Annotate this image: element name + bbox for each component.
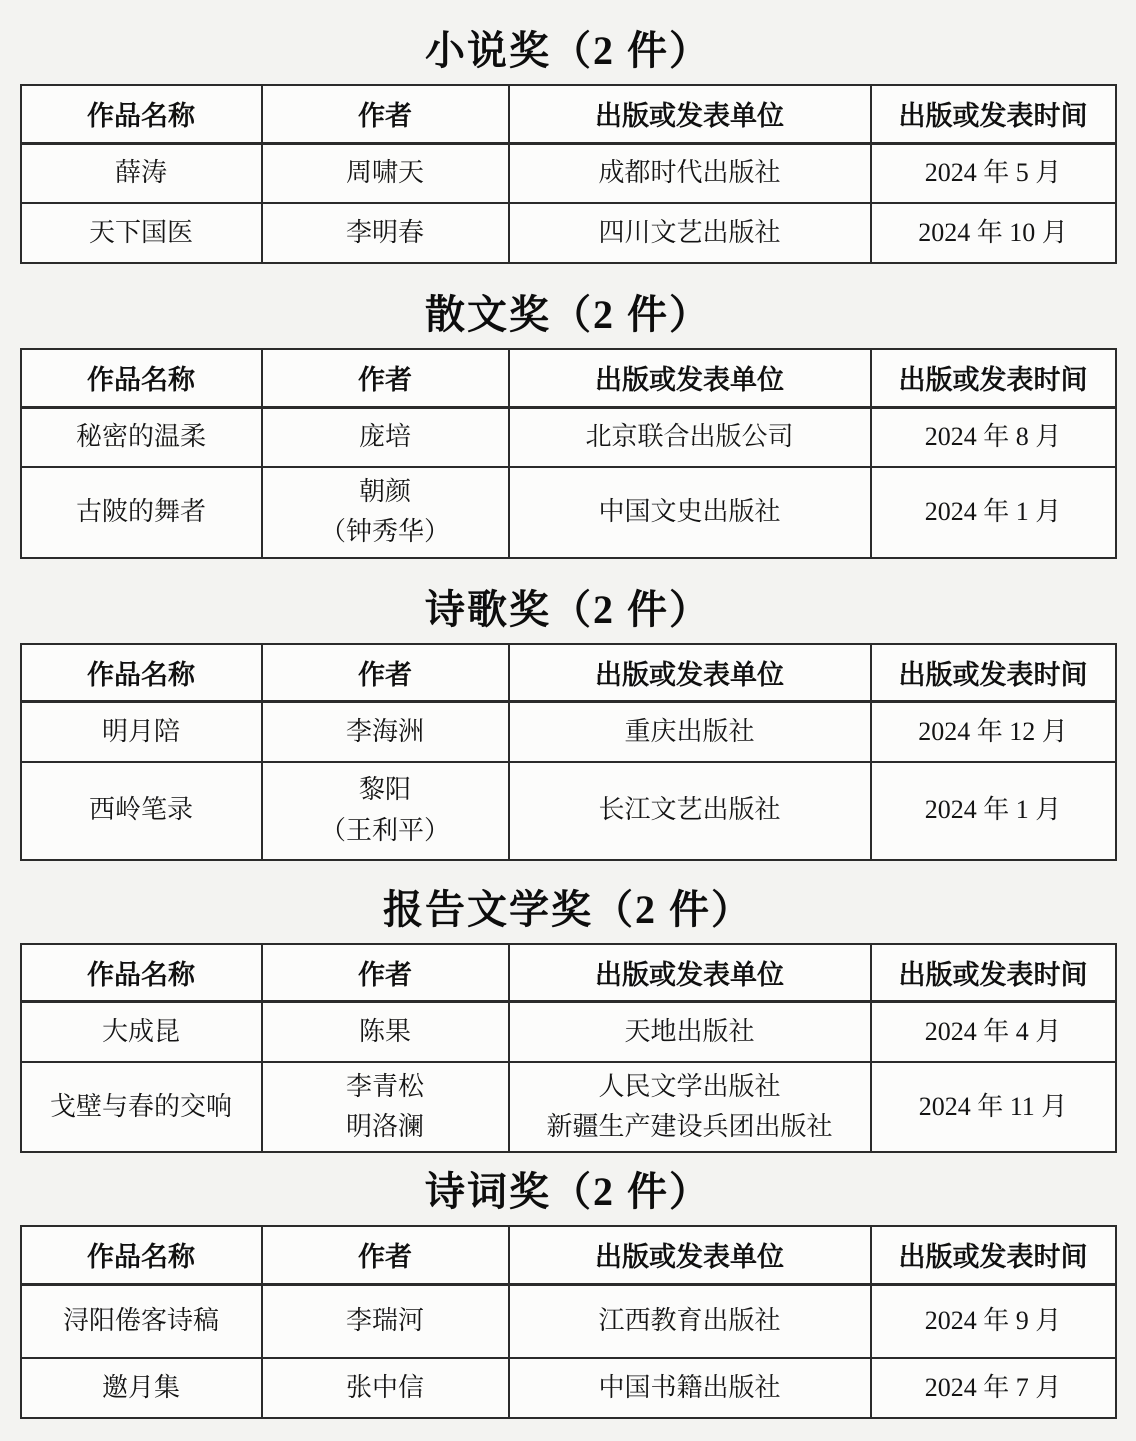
table-row: 古陂的舞者 朝颜 （钟秀华） 中国文史出版社 2024 年 1 月: [21, 467, 1116, 558]
cell-work-title: 西岭笔录: [21, 762, 262, 860]
table-row: 戈壁与春的交响 李青松 明洛澜 人民文学出版社 新疆生产建设兵团出版社 2024…: [21, 1062, 1116, 1153]
cell-author: 李海洲: [262, 702, 509, 762]
header-publisher: 出版或发表单位: [509, 349, 871, 407]
cell-author: 周啸天: [262, 143, 509, 203]
cell-publish-date: 2024 年 12 月: [871, 702, 1116, 762]
awards-table-poetry: 作品名称 作者 出版或发表单位 出版或发表时间 明月陪 李海洲 重庆出版社 20…: [20, 643, 1117, 861]
section-title-prose: 散文奖（2 件）: [0, 290, 1136, 340]
header-publish-date: 出版或发表时间: [871, 944, 1116, 1002]
header-author: 作者: [262, 644, 509, 702]
awards-table-reportage: 作品名称 作者 出版或发表单位 出版或发表时间 大成昆 陈果 天地出版社 202…: [20, 943, 1117, 1154]
header-publisher: 出版或发表单位: [509, 944, 871, 1002]
cell-publisher: 重庆出版社: [509, 702, 871, 762]
cell-author: 朝颜 （钟秀华）: [262, 467, 509, 558]
cell-publish-date: 2024 年 1 月: [871, 762, 1116, 860]
cell-publisher: 成都时代出版社: [509, 143, 871, 203]
header-author: 作者: [262, 944, 509, 1002]
table-row: 邀月集 张中信 中国书籍出版社 2024 年 7 月: [21, 1358, 1116, 1418]
cell-publish-date: 2024 年 7 月: [871, 1358, 1116, 1418]
cell-author: 张中信: [262, 1358, 509, 1418]
cell-author: 庞培: [262, 407, 509, 467]
header-publish-date: 出版或发表时间: [871, 85, 1116, 143]
cell-publish-date: 2024 年 4 月: [871, 1002, 1116, 1062]
awards-table-prose: 作品名称 作者 出版或发表单位 出版或发表时间 秘密的温柔 庞培 北京联合出版公…: [20, 348, 1117, 559]
cell-author: 陈果: [262, 1002, 509, 1062]
cell-publish-date: 2024 年 1 月: [871, 467, 1116, 558]
awards-table-fiction: 作品名称 作者 出版或发表单位 出版或发表时间 薛涛 周啸天 成都时代出版社 2…: [20, 84, 1117, 264]
table-row: 天下国医 李明春 四川文艺出版社 2024 年 10 月: [21, 203, 1116, 263]
table-header-row: 作品名称 作者 出版或发表单位 出版或发表时间: [21, 85, 1116, 143]
cell-work-title: 薛涛: [21, 143, 262, 203]
header-work-title: 作品名称: [21, 644, 262, 702]
header-publish-date: 出版或发表时间: [871, 644, 1116, 702]
table-row: 秘密的温柔 庞培 北京联合出版公司 2024 年 8 月: [21, 407, 1116, 467]
cell-publisher: 北京联合出版公司: [509, 407, 871, 467]
table-header-row: 作品名称 作者 出版或发表单位 出版或发表时间: [21, 944, 1116, 1002]
cell-author: 李瑞河: [262, 1284, 509, 1358]
cell-work-title: 天下国医: [21, 203, 262, 263]
table-row: 浔阳倦客诗稿 李瑞河 江西教育出版社 2024 年 9 月: [21, 1284, 1116, 1358]
header-publisher: 出版或发表单位: [509, 1226, 871, 1284]
cell-work-title: 浔阳倦客诗稿: [21, 1284, 262, 1358]
cell-publish-date: 2024 年 8 月: [871, 407, 1116, 467]
cell-author: 李青松 明洛澜: [262, 1062, 509, 1153]
cell-publish-date: 2024 年 11 月: [871, 1062, 1116, 1153]
table-row: 明月陪 李海洲 重庆出版社 2024 年 12 月: [21, 702, 1116, 762]
header-work-title: 作品名称: [21, 349, 262, 407]
table-header-row: 作品名称 作者 出版或发表单位 出版或发表时间: [21, 349, 1116, 407]
header-work-title: 作品名称: [21, 85, 262, 143]
header-publisher: 出版或发表单位: [509, 644, 871, 702]
header-author: 作者: [262, 85, 509, 143]
header-author: 作者: [262, 349, 509, 407]
cell-work-title: 明月陪: [21, 702, 262, 762]
cell-publish-date: 2024 年 10 月: [871, 203, 1116, 263]
cell-publisher: 中国书籍出版社: [509, 1358, 871, 1418]
section-title-fiction: 小说奖（2 件）: [0, 26, 1136, 76]
cell-work-title: 大成昆: [21, 1002, 262, 1062]
cell-publisher: 四川文艺出版社: [509, 203, 871, 263]
section-title-poetry: 诗歌奖（2 件）: [0, 585, 1136, 635]
header-publish-date: 出版或发表时间: [871, 1226, 1116, 1284]
cell-publish-date: 2024 年 5 月: [871, 143, 1116, 203]
cell-work-title: 古陂的舞者: [21, 467, 262, 558]
awards-table-classical-poetry: 作品名称 作者 出版或发表单位 出版或发表时间 浔阳倦客诗稿 李瑞河 江西教育出…: [20, 1225, 1117, 1419]
cell-work-title: 秘密的温柔: [21, 407, 262, 467]
section-title-classical-poetry: 诗词奖（2 件）: [0, 1167, 1136, 1217]
cell-author: 李明春: [262, 203, 509, 263]
cell-publisher: 人民文学出版社 新疆生产建设兵团出版社: [509, 1062, 871, 1153]
cell-publisher: 天地出版社: [509, 1002, 871, 1062]
awards-document-page: 小说奖（2 件） 作品名称 作者 出版或发表单位 出版或发表时间 薛涛 周啸天 …: [0, 0, 1136, 1441]
table-header-row: 作品名称 作者 出版或发表单位 出版或发表时间: [21, 644, 1116, 702]
cell-publisher: 江西教育出版社: [509, 1284, 871, 1358]
cell-publisher: 中国文史出版社: [509, 467, 871, 558]
table-row: 大成昆 陈果 天地出版社 2024 年 4 月: [21, 1002, 1116, 1062]
cell-work-title: 戈壁与春的交响: [21, 1062, 262, 1153]
header-work-title: 作品名称: [21, 944, 262, 1002]
section-title-reportage: 报告文学奖（2 件）: [0, 885, 1136, 935]
header-author: 作者: [262, 1226, 509, 1284]
table-header-row: 作品名称 作者 出版或发表单位 出版或发表时间: [21, 1226, 1116, 1284]
header-work-title: 作品名称: [21, 1226, 262, 1284]
header-publish-date: 出版或发表时间: [871, 349, 1116, 407]
header-publisher: 出版或发表单位: [509, 85, 871, 143]
cell-publisher: 长江文艺出版社: [509, 762, 871, 860]
cell-publish-date: 2024 年 9 月: [871, 1284, 1116, 1358]
cell-work-title: 邀月集: [21, 1358, 262, 1418]
table-row: 西岭笔录 黎阳 （王利平） 长江文艺出版社 2024 年 1 月: [21, 762, 1116, 860]
cell-author: 黎阳 （王利平）: [262, 762, 509, 860]
table-row: 薛涛 周啸天 成都时代出版社 2024 年 5 月: [21, 143, 1116, 203]
